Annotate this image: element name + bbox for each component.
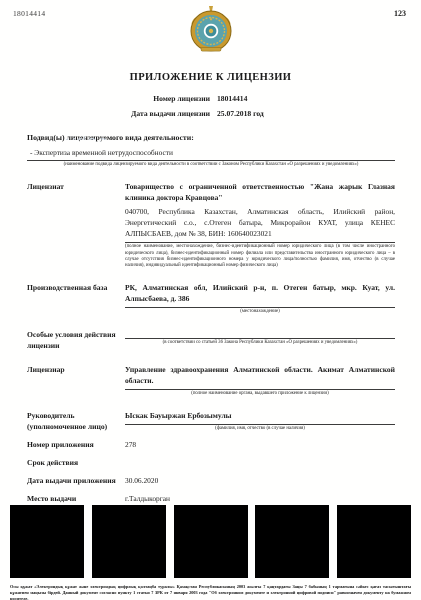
document-body: Подвид(ы) лицензируемого вида деятельнос… (0, 133, 421, 504)
annex-number-label: Номер приложения (27, 439, 125, 450)
annex-number-value: 278 (125, 439, 395, 450)
license-annex-page: 18014414 123 ПРИЛОЖЕНИЕ К ЛИЦЕНЗИИ Номер… (0, 0, 421, 600)
licensor-label: Лицензиар (27, 364, 125, 397)
subtype-caption: (наименование подвида лицензируемого вид… (27, 162, 395, 168)
license-number-row: Номер лицензии 18014414 (0, 94, 421, 104)
production-base-label: Производственная база (27, 282, 125, 315)
field-row-issue-place: Место выдачи г.Талдыкорган (27, 493, 395, 504)
divider-line (125, 242, 395, 243)
license-issue-date-label: Дата выдачи лицензии (27, 109, 210, 119)
divider-line (27, 160, 395, 161)
field-row-validity: Срок действия (27, 457, 395, 468)
field-row-head: Руководитель (уполномоченное лицо) Ыскак… (27, 410, 395, 432)
legal-footnote-ru: Данный документ согласно пункту 1 статьи… (10, 590, 411, 600)
divider-line (125, 389, 395, 390)
barcode-block (10, 505, 84, 578)
license-issue-date-row: Дата выдачи лицензии 25.07.2018 год (0, 109, 421, 119)
validity-label: Срок действия (27, 457, 125, 468)
licensee-address: 040700, Республика Казахстан, Алматинска… (125, 206, 395, 239)
divider-line (125, 307, 395, 308)
special-conditions-caption: (в соответствии со статьей 36 Закона Рес… (125, 340, 395, 346)
licensor-value: Управление здравоохранения Алматинской о… (125, 364, 395, 386)
page-header: 18014414 123 (0, 0, 421, 62)
page-number: 123 (394, 9, 406, 18)
annex-issue-date-value: 30.06.2020 (125, 475, 395, 486)
licensee-name: Товарищество с ограниченной ответственно… (125, 181, 395, 203)
production-base-value: РК, Алматинская обл, Илийский р-н, п. От… (125, 282, 395, 304)
field-row-annex-issue-date: Дата выдачи приложения 30.06.2020 (27, 475, 395, 486)
licensee-caption: (полное наименование, местонахождение, б… (125, 244, 395, 269)
licensee-label: Лицензиат (27, 181, 125, 269)
annex-issue-date-label: Дата выдачи приложения (27, 475, 125, 486)
license-number-value: 18014414 (217, 94, 247, 104)
divider-line (125, 424, 395, 425)
legal-footnote: Осы құжат «Электрондық құжат және электр… (10, 584, 411, 600)
license-number-label: Номер лицензии (27, 94, 210, 104)
issue-place-value: г.Талдыкорган (125, 493, 395, 504)
subtype-heading: Подвид(ы) лицензируемого вида деятельнос… (27, 133, 395, 142)
licensor-caption: (полное наименование органа, выдавшего п… (125, 391, 395, 397)
head-value: Ыскак Бауыржан Ербозымулы (125, 410, 395, 421)
barcode-block (255, 505, 329, 578)
field-row-licensor: Лицензиар Управление здравоохранения Алм… (27, 364, 395, 397)
field-row-annex-number: Номер приложения 278 (27, 439, 395, 450)
license-meta: Номер лицензии 18014414 Дата выдачи лице… (0, 94, 421, 119)
field-row-production-base: Производственная база РК, Алматинская об… (27, 282, 395, 315)
validity-value (125, 457, 395, 468)
license-issue-date-value: 25.07.2018 год (217, 109, 264, 119)
barcode-block (92, 505, 166, 578)
issue-place-label: Место выдачи (27, 493, 125, 504)
subtype-item: - Экспертиза временной нетрудоспособност… (27, 148, 395, 157)
head-label: Руководитель (уполномоченное лицо) (27, 410, 125, 432)
field-row-special-conditions: Особые условия действия лицензии (в соот… (27, 329, 395, 351)
special-conditions-label: Особые условия действия лицензии (27, 329, 125, 351)
barcode-block (337, 505, 411, 578)
production-base-caption: (местонахождение) (125, 309, 395, 315)
digital-signature-barcodes (10, 505, 411, 578)
doc-number-top: 18014414 (13, 9, 45, 18)
barcode-block (174, 505, 248, 578)
head-caption: (фамилия, имя, отчество (в случае наличи… (125, 426, 395, 432)
field-row-licensee: Лицензиат Товарищество с ограниченной от… (27, 181, 395, 269)
kazakhstan-emblem-icon (187, 4, 235, 59)
page-title: ПРИЛОЖЕНИЕ К ЛИЦЕНЗИИ (0, 72, 421, 83)
divider-line (125, 338, 395, 339)
